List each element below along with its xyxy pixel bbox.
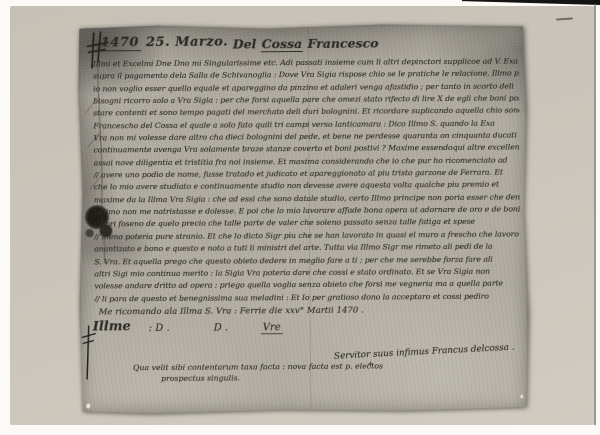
header-year: 1470 <box>99 35 141 51</box>
manuscript-paper: 1470 25. Marzo. Del Cossa Francesco Illm… <box>77 22 530 415</box>
pinhole-spot <box>86 403 90 408</box>
address-item: Vre <box>261 322 283 334</box>
body-lines: Illmi et Excelmi Dne Dno mi Singularissi… <box>93 55 521 305</box>
archival-header: 1470 25. Marzo. Del Cossa Francesco <box>93 31 513 56</box>
header-date: 1470 25. Marzo. <box>99 35 228 51</box>
manuscript-sheet: 1470 25. Marzo. Del Cossa Francesco Illm… <box>77 22 530 415</box>
valediction-line: Me ricomando ala Illma S. Vra : Ferrie d… <box>99 306 364 318</box>
scanned-photograph: 1470 25. Marzo. Del Cossa Francesco Illm… <box>0 0 600 435</box>
scan-edge-shadow <box>462 0 600 5</box>
address-item: D . <box>214 323 228 334</box>
header-author: Del Cossa Francesco <box>233 35 379 51</box>
pinhole-spot <box>520 394 523 398</box>
manuscript-line: // li para de questo et benegnissima sua… <box>95 290 521 305</box>
archival-note-line1: Qua velit sibi contentarum taxa facta : … <box>133 361 383 372</box>
header-author-pre: Del <box>233 36 261 51</box>
header-author-firstname: Francesco <box>303 35 378 51</box>
archival-note-line2: prospectus singulis. <box>161 373 240 383</box>
header-author-surname: Cossa <box>261 36 304 52</box>
address-item: Illme <box>93 319 131 334</box>
header-day-month: 25. Marzo. <box>146 35 228 51</box>
signature: Servitor suus infimus Francus delcossa . <box>334 343 515 362</box>
photo-edge-line <box>594 4 596 425</box>
address-item: : D . <box>149 323 170 334</box>
address-row: Illme: D .D .Vre <box>79 319 379 341</box>
